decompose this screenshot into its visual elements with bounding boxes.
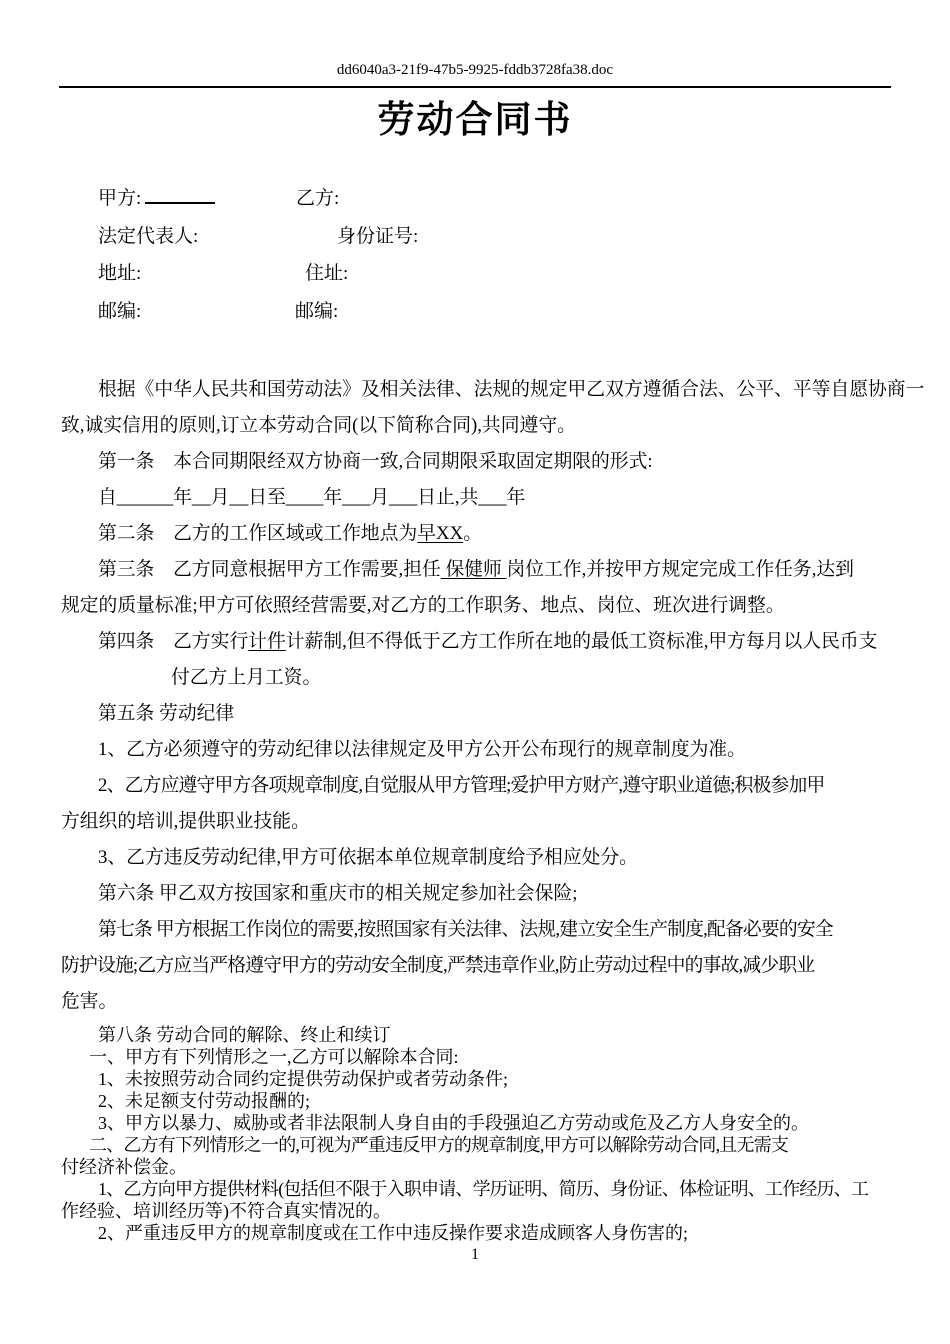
doc-text: 规定的质量标准;甲方可依照经营需要,对乙方的工作职务、地点、岗位、班次进行调整。 — [61, 595, 785, 616]
party-field-label: 住址: — [305, 255, 348, 293]
doc-line: 二、乙方有下列情形之一的,可视为严重违反甲方的规章制度,甲方可以解除劳动合同,且… — [61, 1134, 889, 1156]
doc-line: 3、乙方违反劳动纪律,甲方可依据本单位规章制度给予相应处分。 — [61, 840, 889, 876]
doc-line: 第四条 乙方实行计件计薪制,但不得低于乙方工作所在地的最低工资标准,甲方每月以人… — [61, 624, 889, 660]
doc-line: 2、乙方应遵守甲方各项规章制度,自觉服从甲方管理;爱护甲方财产,遵守职业道德;积… — [61, 768, 889, 804]
doc-text: 第七条 甲方根据工作岗位的需要,按照国家有关法律、法规,建立安全生产制度,配备必… — [98, 919, 833, 940]
doc-line: 第八条 劳动合同的解除、终止和续订 — [61, 1024, 889, 1046]
doc-text: 计薪制,但不得低于乙方工作所在地的最低工资标准,甲方每月以人民币支 — [286, 631, 878, 652]
party-field-label: 身份证号: — [337, 218, 418, 256]
doc-text: 第三条 乙方同意根据甲方工作需要,担任 — [98, 559, 441, 580]
doc-text: 2、乙方应遵守甲方各项规章制度,自觉服从甲方管理;爱护甲方财产,遵守职业道德;积… — [98, 775, 824, 796]
doc-line: 2、严重违反甲方的规章制度或在工作中违反操作要求造成顾客人身伤害的; — [61, 1222, 889, 1244]
doc-text: 危害。 — [61, 991, 117, 1012]
underlined-fill-in: 保健师 — [441, 559, 507, 580]
doc-text: 1、乙方必须遵守的劳动纪律以法律规定及甲方公开公布现行的规章制度为准。 — [98, 739, 746, 760]
party-field-label: 邮编: — [295, 293, 338, 331]
doc-text: 付经济补偿金。 — [61, 1157, 187, 1177]
party-field-label: 甲方: — [98, 180, 215, 218]
contract-body-main: 根据《中华人民共和国劳动法》及相关法律、法规的规定甲乙双方遵循合法、公平、平等自… — [61, 372, 889, 1020]
doc-line: 规定的质量标准;甲方可依照经营需要,对乙方的工作职务、地点、岗位、班次进行调整。 — [61, 588, 889, 624]
doc-line: 3、甲方以暴力、威胁或者非法限制人身自由的手段强迫乙方劳动或危及乙方人身安全的。 — [61, 1112, 889, 1134]
doc-line: 1、未按照劳动合同约定提供劳动保护或者劳动条件; — [61, 1068, 889, 1090]
doc-line: 付乙方上月工资。 — [61, 660, 889, 696]
contract-body-article8: 第八条 劳动合同的解除、终止和续订一、甲方有下列情形之一,乙方可以解除本合同:1… — [61, 1024, 889, 1244]
underlined-fill-in: 计件 — [248, 631, 286, 652]
doc-text: 3、甲方以暴力、威胁或者非法限制人身自由的手段强迫乙方劳动或危及乙方人身安全的。 — [98, 1113, 809, 1133]
doc-line: 第七条 甲方根据工作岗位的需要,按照国家有关法律、法规,建立安全生产制度,配备必… — [61, 912, 889, 948]
doc-text: 防护设施;乙方应当严格遵守甲方的劳动安全制度,严禁违章作业,防止劳动过程中的事故… — [61, 955, 814, 976]
doc-text: 二、乙方有下列情形之一的,可视为严重违反甲方的规章制度,甲方可以解除劳动合同,且… — [89, 1135, 788, 1155]
doc-text: 一、甲方有下列情形之一,乙方可以解除本合同: — [89, 1047, 459, 1067]
doc-text: 付乙方上月工资。 — [171, 667, 321, 688]
doc-line: 根据《中华人民共和国劳动法》及相关法律、法规的规定甲乙双方遵循合法、公平、平等自… — [61, 372, 889, 408]
doc-line: 防护设施;乙方应当严格遵守甲方的劳动安全制度,严禁违章作业,防止劳动过程中的事故… — [61, 948, 889, 984]
doc-line: 第一条 本合同期限经双方协商一致,合同期限采取固定期限的形式: — [61, 444, 889, 480]
doc-text: 第六条 甲乙双方按国家和重庆市的相关规定参加社会保险; — [98, 883, 577, 904]
doc-line: 致,诚实信用的原则,订立本劳动合同(以下简称合同),共同遵守。 — [61, 408, 889, 444]
doc-line: 1、乙方向甲方提供材料(包括但不限于入职申请、学历证明、简历、身份证、体检证明、… — [61, 1178, 889, 1200]
doc-text: 2、严重违反甲方的规章制度或在工作中违反操作要求造成顾客人身伤害的; — [98, 1223, 688, 1243]
party-row: 甲方:乙方: — [61, 180, 889, 218]
doc-line: 第五条 劳动纪律 — [61, 696, 889, 732]
doc-line: 危害。 — [61, 984, 889, 1020]
doc-line: 第六条 甲乙双方按国家和重庆市的相关规定参加社会保险; — [61, 876, 889, 912]
doc-text: 第八条 劳动合同的解除、终止和续订 — [98, 1025, 391, 1045]
doc-text: 方组织的培训,提供职业技能。 — [61, 811, 310, 832]
doc-text: 作经验、培训经历等)不符合真实情况的。 — [61, 1201, 391, 1221]
doc-text: 1、未按照劳动合同约定提供劳动保护或者劳动条件; — [98, 1069, 508, 1089]
parties-section: 甲方:乙方:法定代表人:身份证号:地址:住址:邮编:邮编: — [61, 180, 889, 330]
doc-text: 致,诚实信用的原则,订立本劳动合同(以下简称合同),共同遵守。 — [61, 415, 576, 436]
doc-text: 根据《中华人民共和国劳动法》及相关法律、法规的规定甲乙双方遵循合法、公平、平等自… — [98, 379, 924, 400]
header-rule — [59, 86, 891, 88]
underlined-fill-in: 早XX — [417, 523, 463, 544]
doc-text: 岗位工作,并按甲方规定完成工作任务,达到 — [507, 559, 854, 580]
page-number: 1 — [0, 1244, 950, 1266]
doc-text: 1、乙方向甲方提供材料(包括但不限于入职申请、学历证明、简历、身份证、体检证明、… — [98, 1179, 868, 1199]
party-row: 法定代表人:身份证号: — [61, 218, 889, 256]
doc-line: 2、未足额支付劳动报酬的; — [61, 1090, 889, 1112]
doc-line: 方组织的培训,提供职业技能。 — [61, 804, 889, 840]
party-field-label: 法定代表人: — [98, 218, 198, 256]
document-filename: dd6040a3-21f9-47b5-9925-fddb3728fa38.doc — [0, 0, 950, 80]
doc-text: 第四条 乙方实行 — [98, 631, 248, 652]
document-page: dd6040a3-21f9-47b5-9925-fddb3728fa38.doc… — [0, 0, 950, 1344]
party-row: 地址:住址: — [61, 255, 889, 293]
party-field-label: 乙方: — [296, 180, 339, 218]
doc-line: 自______年__月__日至____年___月___日止,共___年 — [61, 480, 889, 516]
doc-line: 第三条 乙方同意根据甲方工作需要,担任 保健师 岗位工作,并按甲方规定完成工作任… — [61, 552, 889, 588]
doc-text: 第一条 本合同期限经双方协商一致,合同期限采取固定期限的形式: — [98, 451, 653, 472]
doc-line: 1、乙方必须遵守的劳动纪律以法律规定及甲方公开公布现行的规章制度为准。 — [61, 732, 889, 768]
doc-line: 付经济补偿金。 — [61, 1156, 889, 1178]
doc-text: 。 — [463, 523, 482, 544]
doc-text: 3、乙方违反劳动纪律,甲方可依据本单位规章制度给予相应处分。 — [98, 847, 638, 868]
doc-line: 一、甲方有下列情形之一,乙方可以解除本合同: — [61, 1046, 889, 1068]
doc-text: 2、未足额支付劳动报酬的; — [98, 1091, 310, 1111]
doc-line: 第二条 乙方的工作区域或工作地点为早XX。 — [61, 516, 889, 552]
doc-text: 自______年__月__日至____年___月___日止,共___年 — [98, 487, 525, 508]
party-field-label: 邮编: — [98, 293, 141, 331]
document-title: 劳动合同书 — [0, 96, 950, 144]
party-row: 邮编:邮编: — [61, 293, 889, 331]
fill-in-blank — [145, 188, 215, 204]
doc-text: 第五条 劳动纪律 — [98, 703, 234, 724]
doc-text: 第二条 乙方的工作区域或工作地点为 — [98, 523, 417, 544]
doc-line: 作经验、培训经历等)不符合真实情况的。 — [61, 1200, 889, 1222]
party-field-label: 地址: — [98, 255, 141, 293]
